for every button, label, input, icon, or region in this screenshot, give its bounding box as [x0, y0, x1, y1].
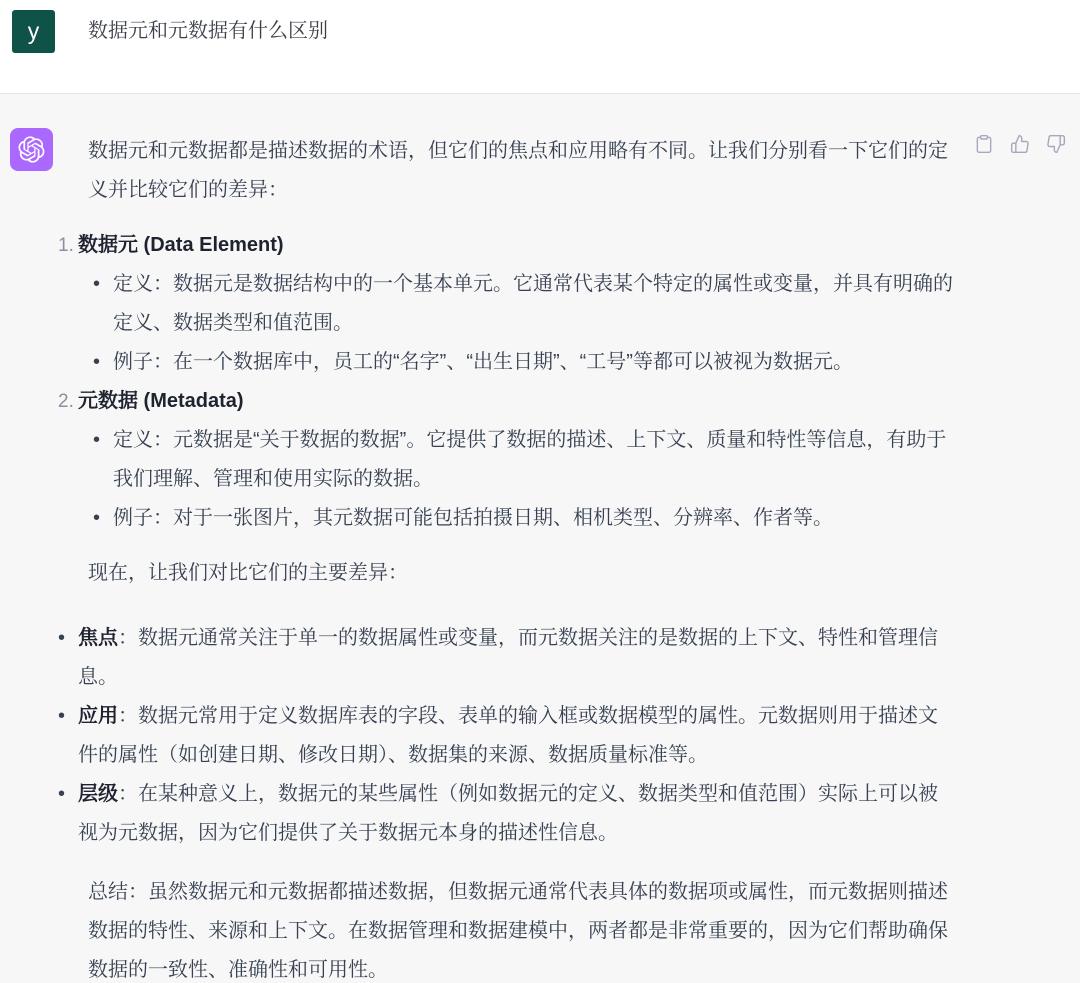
clipboard-icon [974, 134, 994, 154]
sub-bullet-text: 例子：在一个数据库中，员工的“名字”、“出生日期”、“工号”等都可以被视为数据元… [113, 343, 955, 382]
comparison-item-application: 应用：数据元常用于定义数据库表的字段、表单的输入框或数据模型的属性。元数据则用于… [58, 697, 955, 775]
assistant-message-row: 数据元和元数据都是描述数据的术语，但它们的焦点和应用略有不同。让我们分别看一下它… [0, 93, 1080, 983]
sub-bullet: 例子：在一个数据库中，员工的“名字”、“出生日期”、“工号”等都可以被视为数据元… [93, 343, 955, 382]
thumbs-up-button[interactable] [1010, 134, 1030, 154]
compare-intro-paragraph: 现在，让我们对比它们的主要差异： [88, 554, 955, 593]
list-item-data-element: 1. 数据元 (Data Element) 定义：数据元是数据结构中的一个基本单… [88, 226, 955, 382]
definition-list: 1. 数据元 (Data Element) 定义：数据元是数据结构中的一个基本单… [88, 226, 955, 538]
bullet-icon [93, 499, 113, 538]
list-item-title: 元数据 (Metadata) [78, 382, 955, 421]
sub-bullet-list: 定义：数据元是数据结构中的一个基本单元。它通常代表某个特定的属性或变量，并具有明… [93, 265, 955, 382]
sub-bullet-text: 定义：元数据是“关于数据的数据”。它提供了数据的描述、上下文、质量和特性等信息，… [113, 421, 955, 499]
comparison-text: ：数据元常用于定义数据库表的字段、表单的输入框或数据模型的属性。元数据则用于描述… [78, 705, 938, 766]
copy-button[interactable] [974, 134, 994, 154]
user-message-text: 数据元和元数据有什么区别 [88, 10, 328, 53]
user-avatar: y [12, 10, 55, 53]
comparison-text: ：在某种意义上，数据元的某些属性（例如数据元的定义、数据类型和值范围）实际上可以… [78, 783, 938, 844]
sub-bullet-list: 定义：元数据是“关于数据的数据”。它提供了数据的描述、上下文、质量和特性等信息，… [93, 421, 955, 538]
sub-bullet-text: 定义：数据元是数据结构中的一个基本单元。它通常代表某个特定的属性或变量，并具有明… [113, 265, 955, 343]
sub-bullet: 定义：数据元是数据结构中的一个基本单元。它通常代表某个特定的属性或变量，并具有明… [93, 265, 955, 343]
chatgpt-avatar [10, 128, 53, 171]
summary-paragraph: 总结：虽然数据元和元数据都描述数据，但数据元通常代表具体的数据项或属性，而元数据… [88, 873, 955, 983]
assistant-message-body: 数据元和元数据都是描述数据的术语，但它们的焦点和应用略有不同。让我们分别看一下它… [88, 128, 955, 983]
list-number: 2. [58, 382, 78, 421]
bullet-icon [58, 619, 78, 658]
comparison-label: 焦点 [78, 627, 118, 649]
bullet-icon [93, 343, 113, 382]
comparison-list: 焦点：数据元通常关注于单一的数据属性或变量，而元数据关注的是数据的上下文、特性和… [88, 619, 955, 853]
message-action-bar [974, 134, 1066, 154]
list-number: 1. [58, 226, 78, 265]
bullet-icon [58, 775, 78, 814]
thumbs-down-button[interactable] [1046, 134, 1066, 154]
bullet-icon [93, 265, 113, 304]
chatgpt-logo-icon [18, 136, 45, 163]
sub-bullet-text: 例子：对于一张图片，其元数据可能包括拍摄日期、相机类型、分辨率、作者等。 [113, 499, 955, 538]
thumbs-down-icon [1046, 134, 1066, 154]
comparison-text: ：数据元通常关注于单一的数据属性或变量，而元数据关注的是数据的上下文、特性和管理… [78, 627, 938, 688]
thumbs-up-icon [1010, 134, 1030, 154]
assistant-intro-paragraph: 数据元和元数据都是描述数据的术语，但它们的焦点和应用略有不同。让我们分别看一下它… [88, 132, 955, 210]
user-avatar-letter: y [28, 20, 40, 43]
sub-bullet: 例子：对于一张图片，其元数据可能包括拍摄日期、相机类型、分辨率、作者等。 [93, 499, 955, 538]
comparison-item-focus: 焦点：数据元通常关注于单一的数据属性或变量，而元数据关注的是数据的上下文、特性和… [58, 619, 955, 697]
comparison-item-hierarchy: 层级：在某种意义上，数据元的某些属性（例如数据元的定义、数据类型和值范围）实际上… [58, 775, 955, 853]
sub-bullet: 定义：元数据是“关于数据的数据”。它提供了数据的描述、上下文、质量和特性等信息，… [93, 421, 955, 499]
comparison-label: 应用 [78, 705, 118, 727]
bullet-icon [58, 697, 78, 736]
list-item-metadata: 2. 元数据 (Metadata) 定义：元数据是“关于数据的数据”。它提供了数… [88, 382, 955, 538]
comparison-label: 层级 [78, 783, 118, 805]
bullet-icon [93, 421, 113, 460]
user-message-row: y 数据元和元数据有什么区别 [0, 0, 1080, 93]
list-item-title: 数据元 (Data Element) [78, 226, 955, 265]
